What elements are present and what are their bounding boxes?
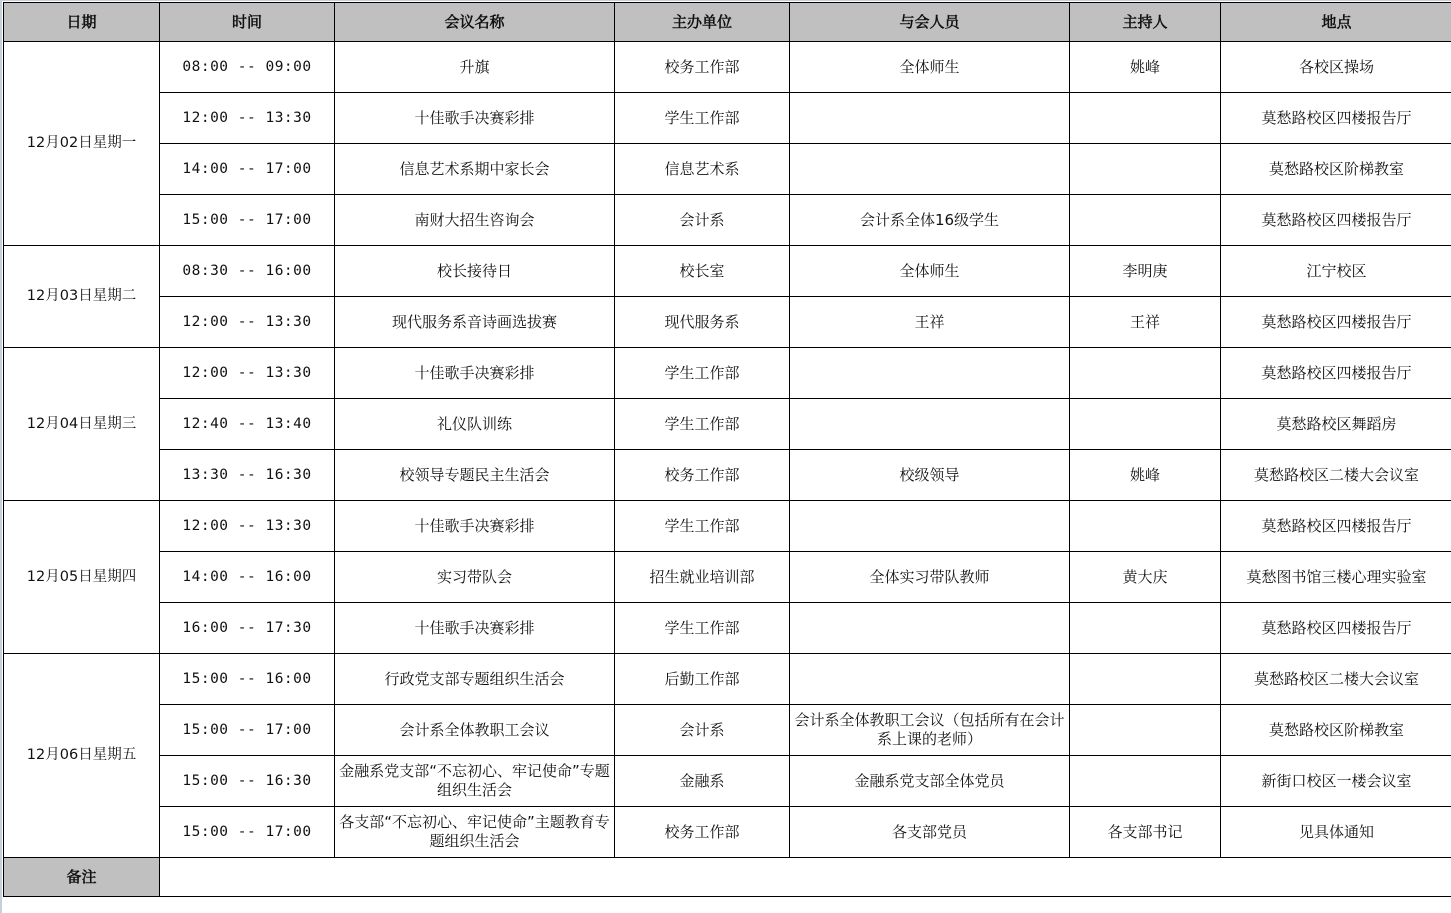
header-host-unit[interactable]: 主办单位	[615, 3, 790, 42]
host-unit-cell[interactable]: 学生工作部	[615, 501, 790, 552]
attendees-cell[interactable]: 全体实习带队教师	[790, 552, 1070, 603]
attendees-cell[interactable]	[790, 348, 1070, 399]
attendees-cell[interactable]: 金融系党支部全体党员	[790, 756, 1070, 807]
meeting-name-cell[interactable]: 信息艺术系期中家长会	[335, 144, 615, 195]
time-cell[interactable]: 13:30 -- 16:30	[160, 450, 335, 501]
header-chair[interactable]: 主持人	[1070, 3, 1221, 42]
attendees-cell[interactable]: 全体师生	[790, 42, 1070, 93]
meeting-name-cell[interactable]: 十佳歌手决赛彩排	[335, 501, 615, 552]
table-row: 12月02日星期一08:00 -- 09:00升旗校务工作部全体师生姚峰各校区操…	[4, 42, 1451, 93]
date-cell[interactable]: 12月03日星期二	[4, 246, 160, 348]
chair-cell[interactable]	[1070, 705, 1221, 756]
host-unit-cell[interactable]: 现代服务系	[615, 297, 790, 348]
time-cell[interactable]: 14:00 -- 17:00	[160, 144, 335, 195]
table-row: 13:30 -- 16:30校领导专题民主生活会校务工作部校级领导姚峰莫愁路校区…	[4, 450, 1451, 501]
host-unit-cell[interactable]: 会计系	[615, 705, 790, 756]
table-row: 12:00 -- 13:30十佳歌手决赛彩排学生工作部莫愁路校区四楼报告厅	[4, 93, 1451, 144]
header-row: 日期 时间 会议名称 主办单位 与会人员 主持人 地点	[4, 3, 1451, 42]
meeting-name-cell[interactable]: 行政党支部专题组织生活会	[335, 654, 615, 705]
chair-cell[interactable]: 各支部书记	[1070, 807, 1221, 858]
attendees-cell[interactable]	[790, 399, 1070, 450]
table-row: 12月03日星期二08:30 -- 16:00校长接待日校长室全体师生李明庚江宁…	[4, 246, 1451, 297]
time-cell[interactable]: 12:00 -- 13:30	[160, 93, 335, 144]
attendees-cell[interactable]: 各支部党员	[790, 807, 1070, 858]
meeting-name-cell[interactable]: 金融系党支部“不忘初心、牢记使命”专题组织生活会	[335, 756, 615, 807]
time-cell[interactable]: 08:30 -- 16:00	[160, 246, 335, 297]
host-unit-cell[interactable]: 学生工作部	[615, 348, 790, 399]
table-row: 12:00 -- 13:30现代服务系音诗画选拔赛现代服务系王祥王祥莫愁路校区四…	[4, 297, 1451, 348]
host-unit-cell[interactable]: 校务工作部	[615, 42, 790, 93]
time-cell[interactable]: 12:00 -- 13:30	[160, 348, 335, 399]
chair-cell[interactable]	[1070, 603, 1221, 654]
date-cell[interactable]: 12月06日星期五	[4, 654, 160, 858]
meeting-name-cell[interactable]: 十佳歌手决赛彩排	[335, 603, 615, 654]
chair-cell[interactable]	[1070, 756, 1221, 807]
chair-cell[interactable]: 王祥	[1070, 297, 1221, 348]
location-cell[interactable]: 莫愁路校区二楼大会议室	[1221, 450, 1451, 501]
time-cell[interactable]: 15:00 -- 17:00	[160, 195, 335, 246]
time-cell[interactable]: 08:00 -- 09:00	[160, 42, 335, 93]
chair-cell[interactable]	[1070, 501, 1221, 552]
chair-cell[interactable]	[1070, 348, 1221, 399]
header-meeting-name[interactable]: 会议名称	[335, 3, 615, 42]
chair-cell[interactable]	[1070, 399, 1221, 450]
location-cell[interactable]: 莫愁路校区阶梯教室	[1221, 144, 1451, 195]
table-row: 16:00 -- 17:30十佳歌手决赛彩排学生工作部莫愁路校区四楼报告厅	[4, 603, 1451, 654]
host-unit-cell[interactable]: 招生就业培训部	[615, 552, 790, 603]
location-cell[interactable]: 莫愁路校区舞蹈房	[1221, 399, 1451, 450]
attendees-cell[interactable]	[790, 93, 1070, 144]
remark-row: 备注	[4, 858, 1451, 897]
chair-cell[interactable]	[1070, 93, 1221, 144]
meeting-name-cell[interactable]: 实习带队会	[335, 552, 615, 603]
meeting-name-cell[interactable]: 会计系全体教职工会议	[335, 705, 615, 756]
time-cell[interactable]: 16:00 -- 17:30	[160, 603, 335, 654]
meeting-name-cell[interactable]: 校领导专题民主生活会	[335, 450, 615, 501]
attendees-cell[interactable]	[790, 603, 1070, 654]
meeting-name-cell[interactable]: 南财大招生咨询会	[335, 195, 615, 246]
table-row: 12月04日星期三12:00 -- 13:30十佳歌手决赛彩排学生工作部莫愁路校…	[4, 348, 1451, 399]
location-cell[interactable]: 莫愁路校区四楼报告厅	[1221, 603, 1451, 654]
table-row: 14:00 -- 17:00信息艺术系期中家长会信息艺术系莫愁路校区阶梯教室	[4, 144, 1451, 195]
location-cell[interactable]: 莫愁路校区二楼大会议室	[1221, 654, 1451, 705]
time-cell[interactable]: 12:00 -- 13:30	[160, 501, 335, 552]
location-cell[interactable]: 莫愁路校区四楼报告厅	[1221, 93, 1451, 144]
attendees-cell[interactable]: 全体师生	[790, 246, 1070, 297]
time-cell[interactable]: 12:00 -- 13:30	[160, 297, 335, 348]
remark-label[interactable]: 备注	[4, 858, 160, 897]
location-cell[interactable]: 莫愁路校区四楼报告厅	[1221, 297, 1451, 348]
table-row: 15:00 -- 17:00各支部“不忘初心、牢记使命”主题教育专题组织生活会校…	[4, 807, 1451, 858]
host-unit-cell[interactable]: 校务工作部	[615, 450, 790, 501]
table-row: 15:00 -- 16:30金融系党支部“不忘初心、牢记使命”专题组织生活会金融…	[4, 756, 1451, 807]
host-unit-cell[interactable]: 校长室	[615, 246, 790, 297]
meeting-name-cell[interactable]: 礼仪队训练	[335, 399, 615, 450]
host-unit-cell[interactable]: 金融系	[615, 756, 790, 807]
meeting-schedule-table: 日期 时间 会议名称 主办单位 与会人员 主持人 地点 12月02日星期一08:…	[3, 2, 1451, 897]
host-unit-cell[interactable]: 后勤工作部	[615, 654, 790, 705]
table-row: 15:00 -- 17:00会计系全体教职工会议会计系会计系全体教职工会议（包括…	[4, 705, 1451, 756]
location-cell[interactable]: 江宁校区	[1221, 246, 1451, 297]
header-time[interactable]: 时间	[160, 3, 335, 42]
attendees-cell[interactable]: 会计系全体16级学生	[790, 195, 1070, 246]
time-cell[interactable]: 15:00 -- 16:30	[160, 756, 335, 807]
remark-value-cell[interactable]	[160, 858, 1451, 897]
host-unit-cell[interactable]: 学生工作部	[615, 399, 790, 450]
time-cell[interactable]: 15:00 -- 17:00	[160, 807, 335, 858]
chair-cell[interactable]	[1070, 654, 1221, 705]
host-unit-cell[interactable]: 学生工作部	[615, 93, 790, 144]
meeting-name-cell[interactable]: 校长接待日	[335, 246, 615, 297]
host-unit-cell[interactable]: 校务工作部	[615, 807, 790, 858]
table-row: 12月05日星期四12:00 -- 13:30十佳歌手决赛彩排学生工作部莫愁路校…	[4, 501, 1451, 552]
chair-cell[interactable]: 姚峰	[1070, 42, 1221, 93]
attendees-cell[interactable]	[790, 501, 1070, 552]
location-cell[interactable]: 各校区操场	[1221, 42, 1451, 93]
host-unit-cell[interactable]: 学生工作部	[615, 603, 790, 654]
meeting-name-cell[interactable]: 升旗	[335, 42, 615, 93]
time-cell[interactable]: 15:00 -- 17:00	[160, 705, 335, 756]
meeting-name-cell[interactable]: 十佳歌手决赛彩排	[335, 93, 615, 144]
location-cell[interactable]: 新街口校区一楼会议室	[1221, 756, 1451, 807]
time-cell[interactable]: 12:40 -- 13:40	[160, 399, 335, 450]
table-row: 14:00 -- 16:00实习带队会招生就业培训部全体实习带队教师黄大庆莫愁图…	[4, 552, 1451, 603]
location-cell[interactable]: 见具体通知	[1221, 807, 1451, 858]
chair-cell[interactable]: 黄大庆	[1070, 552, 1221, 603]
meeting-name-cell[interactable]: 现代服务系音诗画选拔赛	[335, 297, 615, 348]
attendees-cell[interactable]	[790, 144, 1070, 195]
attendees-cell[interactable]: 校级领导	[790, 450, 1070, 501]
header-attendees[interactable]: 与会人员	[790, 3, 1070, 42]
table-row: 15:00 -- 17:00南财大招生咨询会会计系会计系全体16级学生莫愁路校区…	[4, 195, 1451, 246]
date-cell[interactable]: 12月04日星期三	[4, 348, 160, 501]
table-row: 12月06日星期五15:00 -- 16:00行政党支部专题组织生活会后勤工作部…	[4, 654, 1451, 705]
meeting-name-cell[interactable]: 十佳歌手决赛彩排	[335, 348, 615, 399]
attendees-cell[interactable]: 王祥	[790, 297, 1070, 348]
chair-cell[interactable]	[1070, 195, 1221, 246]
location-cell[interactable]: 莫愁路校区四楼报告厅	[1221, 195, 1451, 246]
header-location[interactable]: 地点	[1221, 3, 1451, 42]
attendees-cell[interactable]	[790, 654, 1070, 705]
header-date[interactable]: 日期	[4, 3, 160, 42]
attendees-cell[interactable]: 会计系全体教职工会议（包括所有在会计系上课的老师）	[790, 705, 1070, 756]
location-cell[interactable]: 莫愁路校区四楼报告厅	[1221, 348, 1451, 399]
location-cell[interactable]: 莫愁路校区四楼报告厅	[1221, 501, 1451, 552]
host-unit-cell[interactable]: 会计系	[615, 195, 790, 246]
host-unit-cell[interactable]: 信息艺术系	[615, 144, 790, 195]
time-cell[interactable]: 14:00 -- 16:00	[160, 552, 335, 603]
spreadsheet: 日期 时间 会议名称 主办单位 与会人员 主持人 地点 12月02日星期一08:…	[0, 0, 1451, 913]
date-cell[interactable]: 12月02日星期一	[4, 42, 160, 246]
chair-cell[interactable]: 姚峰	[1070, 450, 1221, 501]
meeting-name-cell[interactable]: 各支部“不忘初心、牢记使命”主题教育专题组织生活会	[335, 807, 615, 858]
date-cell[interactable]: 12月05日星期四	[4, 501, 160, 654]
chair-cell[interactable]: 李明庚	[1070, 246, 1221, 297]
table-row: 12:40 -- 13:40礼仪队训练学生工作部莫愁路校区舞蹈房	[4, 399, 1451, 450]
time-cell[interactable]: 15:00 -- 16:00	[160, 654, 335, 705]
location-cell[interactable]: 莫愁图书馆三楼心理实验室	[1221, 552, 1451, 603]
chair-cell[interactable]	[1070, 144, 1221, 195]
location-cell[interactable]: 莫愁路校区阶梯教室	[1221, 705, 1451, 756]
